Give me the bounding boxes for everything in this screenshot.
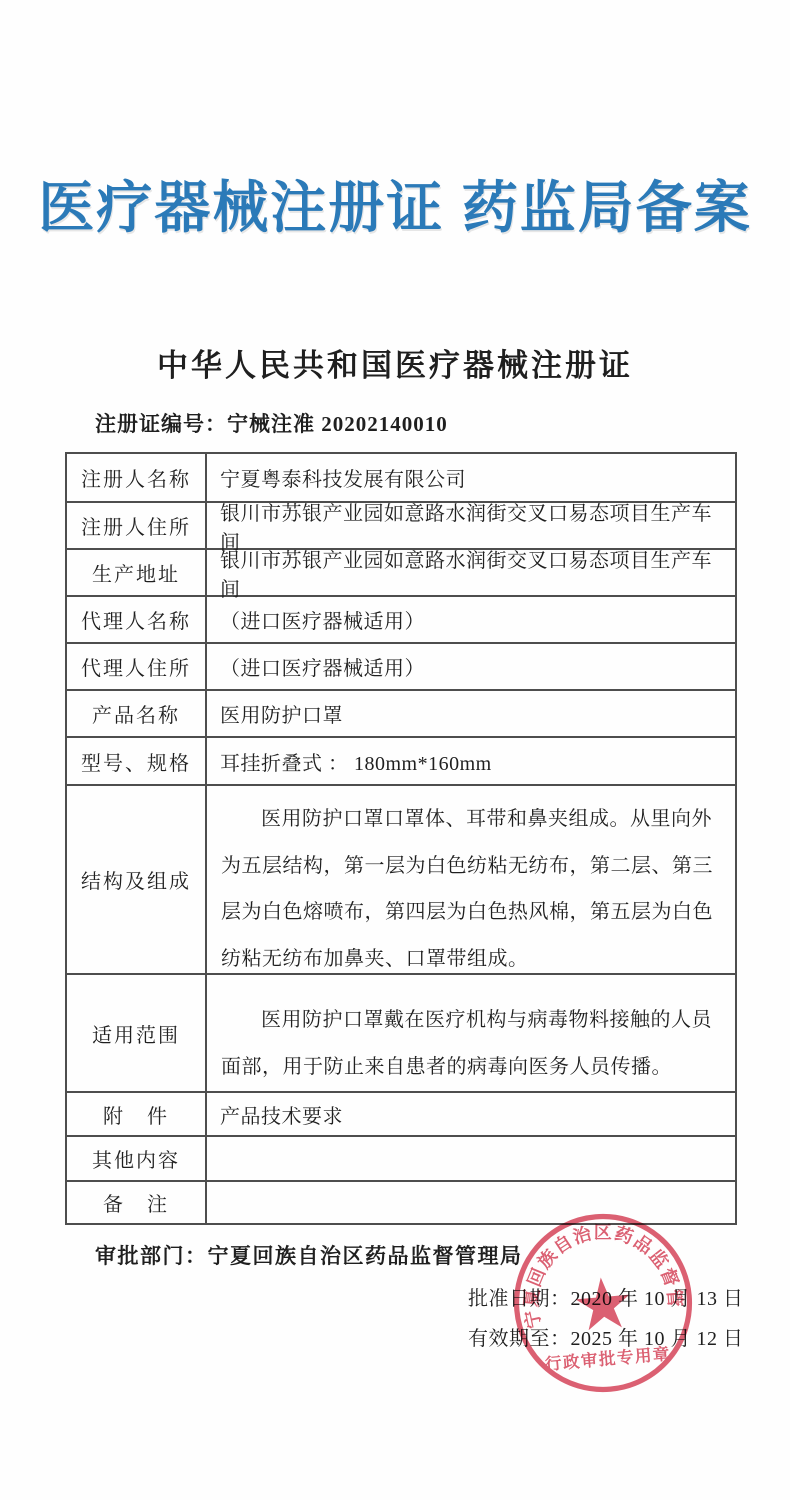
table-row: 注册人住所 银川市苏银产业园如意路水润街交叉口易态项目生产车间 — [67, 501, 735, 548]
approval-department-value: 宁夏回族自治区药品监督管理局 — [208, 1244, 523, 1268]
table-row: 备 注 — [67, 1180, 735, 1223]
row-label: 代理人名称 — [67, 597, 207, 642]
table-row: 注册人名称 宁夏粤泰科技发展有限公司 — [67, 454, 735, 501]
certificate-title: 中华人民共和国医疗器械注册证 — [0, 340, 790, 385]
row-value: 银川市苏银产业园如意路水润街交叉口易态项目生产车间 — [207, 550, 735, 595]
row-label: 产品名称 — [67, 691, 207, 736]
approval-department-label: 审批部门： — [95, 1244, 208, 1268]
approval-date-line: 批准日期：2020 年 10 月 13 日 — [468, 1282, 744, 1311]
table-row: 其他内容 — [67, 1135, 735, 1180]
valid-until-label: 有效期至： — [468, 1328, 571, 1350]
row-label: 备 注 — [67, 1182, 207, 1223]
row-label: 注册人名称 — [67, 454, 207, 501]
row-label: 代理人住所 — [67, 644, 207, 689]
row-label: 适用范围 — [67, 975, 207, 1091]
table-row: 代理人名称 （进口医疗器械适用） — [67, 595, 735, 642]
banner-title: 医疗器械注册证 药监局备案 — [0, 164, 790, 244]
row-value — [207, 1182, 735, 1223]
row-value: 产品技术要求 — [207, 1093, 735, 1135]
row-label: 结构及组成 — [67, 786, 207, 973]
row-value: 医用防护口罩 — [207, 691, 735, 736]
row-value: 医用防护口罩戴在医疗机构与病毒物料接触的人员面部，用于防止来自患者的病毒向医务人… — [207, 975, 735, 1091]
registration-number-value: 宁械注准 20202140010 — [227, 412, 448, 436]
approval-date-value: 2020 年 10 月 13 日 — [571, 1288, 744, 1310]
valid-until-value: 2025 年 10 月 12 日 — [571, 1328, 744, 1350]
row-value: 银川市苏银产业园如意路水润街交叉口易态项目生产车间 — [207, 503, 735, 548]
approval-date-label: 批准日期： — [468, 1288, 571, 1310]
row-label: 附 件 — [67, 1093, 207, 1135]
table-row: 型号、规格 耳挂折叠式 ： 180mm*160mm — [67, 736, 735, 784]
row-label: 其他内容 — [67, 1137, 207, 1180]
table-row: 适用范围 医用防护口罩戴在医疗机构与病毒物料接触的人员面部，用于防止来自患者的病… — [67, 973, 735, 1091]
row-value: 耳挂折叠式 ： 180mm*160mm — [207, 738, 735, 784]
approval-department-line: 审批部门：宁夏回族自治区药品监督管理局 — [95, 1240, 523, 1270]
certificate-page: 医疗器械注册证 药监局备案 中华人民共和国医疗器械注册证 注册证编号：宁械注准 … — [0, 0, 790, 1500]
row-value: 宁夏粤泰科技发展有限公司 — [207, 454, 735, 501]
row-value — [207, 1137, 735, 1180]
table-row: 结构及组成 医用防护口罩口罩体、耳带和鼻夹组成。从里向外为五层结构，第一层为白色… — [67, 784, 735, 973]
row-value: （进口医疗器械适用） — [207, 597, 735, 642]
row-label: 生产地址 — [67, 550, 207, 595]
registration-number-line: 注册证编号：宁械注准 20202140010 — [95, 408, 448, 438]
registration-number-label: 注册证编号： — [95, 412, 227, 436]
table-row: 产品名称 医用防护口罩 — [67, 689, 735, 736]
table-row: 生产地址 银川市苏银产业园如意路水润街交叉口易态项目生产车间 — [67, 548, 735, 595]
table-row: 代理人住所 （进口医疗器械适用） — [67, 642, 735, 689]
certificate-table: 注册人名称 宁夏粤泰科技发展有限公司 注册人住所 银川市苏银产业园如意路水润街交… — [65, 452, 737, 1225]
row-label: 型号、规格 — [67, 738, 207, 784]
row-value: （进口医疗器械适用） — [207, 644, 735, 689]
table-row: 附 件 产品技术要求 — [67, 1091, 735, 1135]
row-value: 医用防护口罩口罩体、耳带和鼻夹组成。从里向外为五层结构，第一层为白色纺粘无纺布，… — [207, 786, 735, 973]
row-label: 注册人住所 — [67, 503, 207, 548]
valid-until-line: 有效期至：2025 年 10 月 12 日 — [468, 1322, 744, 1351]
